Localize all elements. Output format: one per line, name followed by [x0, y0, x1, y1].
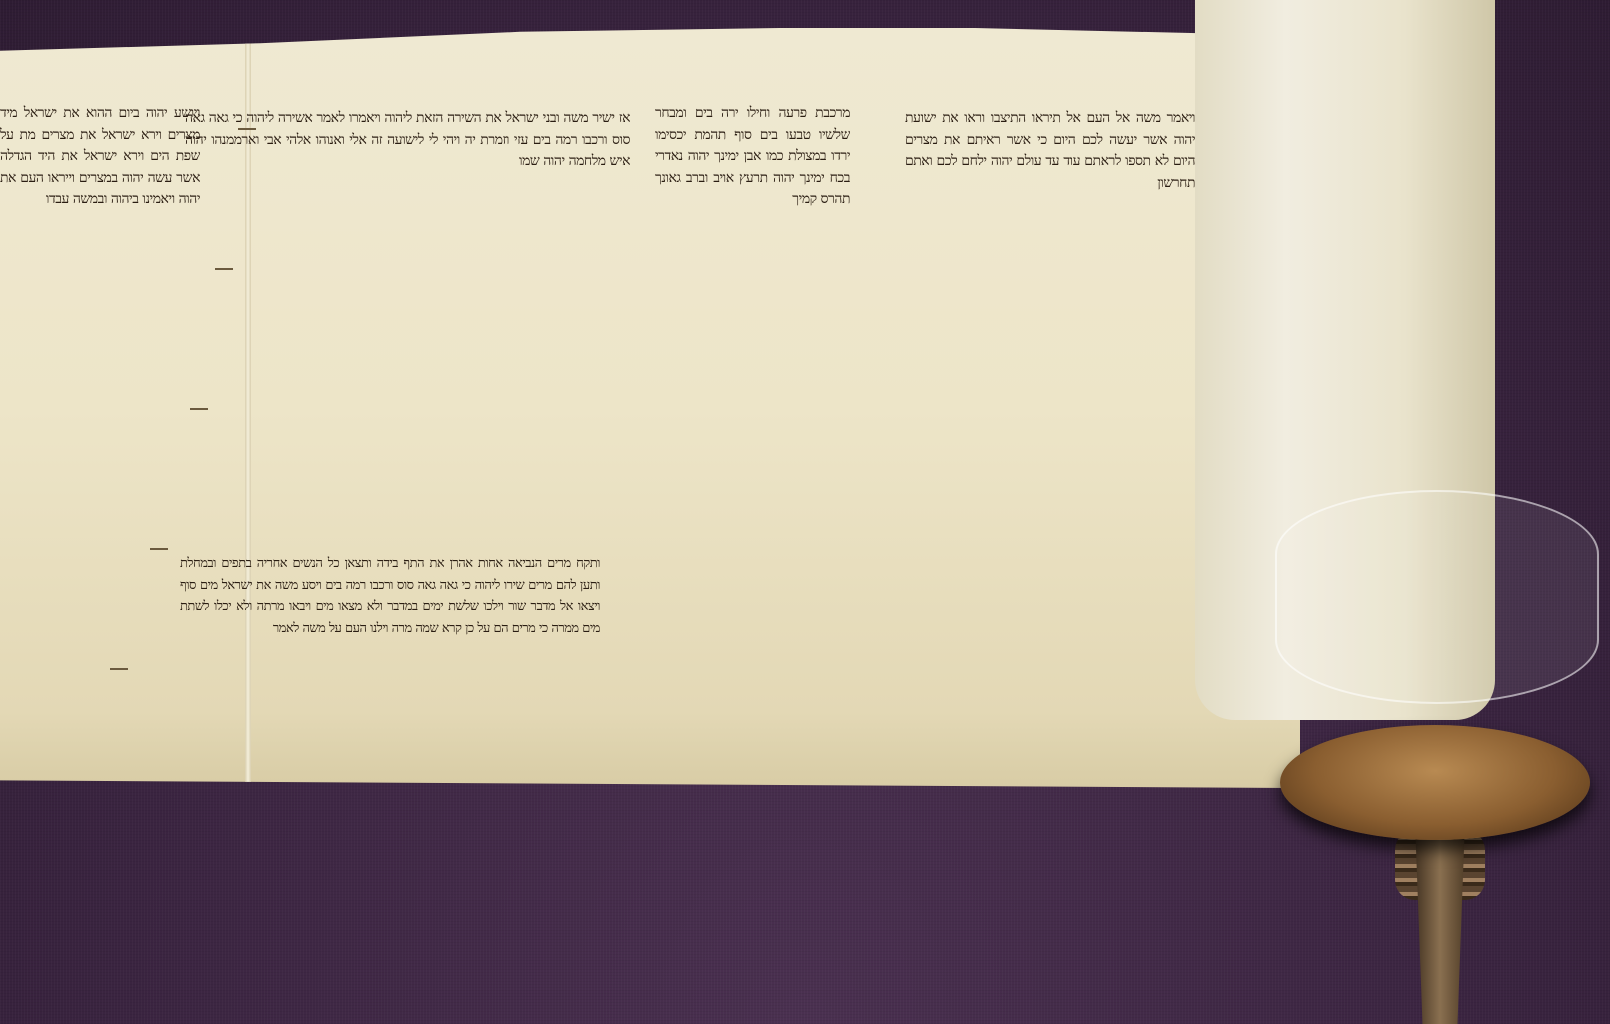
- text-column-3: מרכבת פרעה וחילו ירה בים ומבחר שלשיו טבע…: [655, 103, 850, 643]
- parchment-sheet: ויושע יהוה ביום ההוא את ישראל מיד מצרים …: [0, 28, 1300, 788]
- text-column-2: אז ישיר משה ובני ישראל את השירה הזאת ליה…: [185, 108, 630, 628]
- text-column-1: ויושע יהוה ביום ההוא את ישראל מיד מצרים …: [0, 103, 200, 643]
- text-column-4: ויאמר משה אל העם אל תיראו התיצבו וראו את…: [905, 108, 1195, 648]
- text-column-2-lower: ותקח מרים הנביאה אחות אהרן את התף בידה ו…: [180, 553, 600, 663]
- stitch: [110, 668, 128, 670]
- acrylic-support: [1275, 490, 1599, 704]
- wooden-handle-disc: [1280, 725, 1590, 840]
